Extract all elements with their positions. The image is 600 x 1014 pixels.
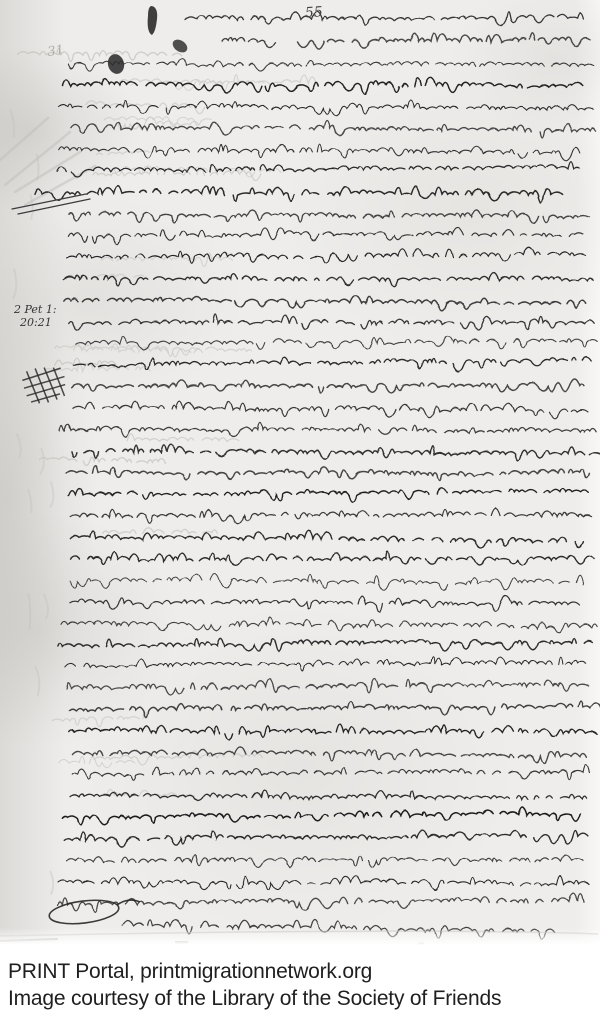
scan-edge-fade [0, 928, 600, 948]
image-caption: PRINT Portal, printmigrationnetwork.org … [0, 948, 600, 1014]
caption-credit-line: Image courtesy of the Library of the Soc… [8, 985, 592, 1012]
caption-portal-line: PRINT Portal, printmigrationnetwork.org [8, 958, 592, 985]
ink-blots [106, 6, 190, 76]
handwriting-lines [35, 11, 600, 940]
page-number: 55 [304, 4, 323, 21]
bleedthrough-ghost-writing [11, 48, 321, 893]
emphasis-slash-mark [12, 194, 90, 214]
manuscript-scan-overlay: 55 31 2 Pet 1: 20:21 [0, 0, 600, 948]
ink-blot [148, 6, 158, 35]
manuscript-photo: 55 31 2 Pet 1: 20:21 [0, 0, 600, 948]
ink-blot [106, 52, 127, 75]
ink-blot [170, 37, 189, 55]
folio-number: 31 [46, 43, 64, 60]
screenshot-root: 55 31 2 Pet 1: 20:21 PRINT Portal, print… [0, 0, 600, 1014]
margin-reference-line1: 2 Pet 1: [13, 303, 57, 316]
margin-reference-line2: 20:21 [19, 316, 52, 329]
